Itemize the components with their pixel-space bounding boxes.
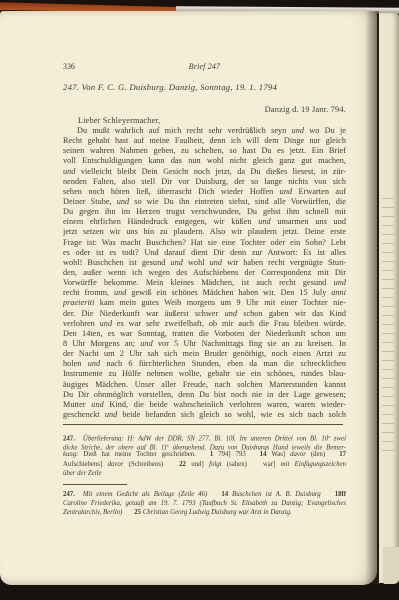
body-line: 25der Nacht um 2 Uhr sah sich mein Brude… bbox=[63, 349, 346, 359]
apparatus-line: dicke Striche, der obere auf Bl. 11r übe… bbox=[63, 441, 346, 450]
body-line: Recht gehabt hast auf meine Faulheit, de… bbox=[63, 136, 346, 146]
body-line: jetzt setzen wir uns hin zu plaudern. Al… bbox=[63, 227, 346, 237]
apparatus-rule bbox=[63, 424, 343, 425]
letter-body: Du mußt wahrlich auf mich recht sehr ver… bbox=[63, 126, 346, 420]
apparatus: 247.Überlieferung: H: AdW der DDR, SN 27… bbox=[63, 432, 346, 478]
body-line: der. Die Niederkunft war äußerst schwer … bbox=[63, 309, 346, 319]
body-line: Du Dir ohnmöglich vorstellen, denn Du bi… bbox=[63, 390, 346, 400]
salutation: Lieber Schleyermacher, bbox=[78, 116, 160, 125]
facing-page-faint-text bbox=[382, 198, 394, 453]
body-line: sehen noch hören ließ, überrascht Dich w… bbox=[63, 187, 346, 197]
apparatus-line: Aufschiebens] davor (Schreibens)22 und] … bbox=[63, 460, 346, 469]
body-line: voll Entschuldigungen kann das nun wohl … bbox=[63, 156, 346, 166]
body-line: 30Mutter und Kind, die beide wahrscheinl… bbox=[63, 400, 346, 410]
body-line: äugiges Mädchen. Unser aller Freude, nac… bbox=[63, 380, 346, 390]
book-photo: 336 Brief 247 247. Von F. C. G. Duisburg… bbox=[0, 0, 399, 600]
page-number: 336 bbox=[63, 61, 75, 72]
apparatus-line: kung: Dieß hat meine Tochter geschrieben… bbox=[63, 450, 346, 459]
book-page: 336 Brief 247 247. Von F. C. G. Duisburg… bbox=[0, 11, 377, 585]
editorial-notes: 247.Mit einem Gedicht als Beilage (Zeile… bbox=[63, 490, 346, 518]
dateline: Danzig d. 19 Janr. 794. bbox=[63, 105, 346, 114]
page-header: 336 Brief 247 bbox=[63, 61, 346, 72]
body-line: Instrumente zu Hülfe nehmen wollte, geba… bbox=[63, 369, 346, 379]
body-line: holen und nach 6 fürchterlichen Stunden,… bbox=[63, 359, 346, 369]
running-title: Brief 247 bbox=[63, 61, 346, 72]
page-corner-edge bbox=[383, 547, 399, 584]
body-line: nenden Falten, also stell Dir vor Duisbu… bbox=[63, 177, 346, 187]
body-line: Den 14ten, es war Sonntag, tratten die V… bbox=[63, 329, 346, 339]
facing-page-edge bbox=[379, 13, 399, 583]
body-line: Frage ist: Was macht Buschchen? Hat sie … bbox=[63, 238, 346, 248]
note-line: 247.Mit einem Gedicht als Beilage (Zeile… bbox=[63, 490, 346, 499]
body-line: 5seinen wahren Nahmen geben, zu schelten… bbox=[63, 146, 346, 156]
body-line: einem ehrlichen Händedruck entgegen, wir… bbox=[63, 217, 346, 227]
note-line: Caroline Friederika, getauft am 19. 7. 1… bbox=[63, 499, 346, 508]
body-line: recht fromm, und gewiß ein schönes Mädch… bbox=[63, 288, 346, 298]
body-line: den, außer wenn ich wegen des Aufschiebe… bbox=[63, 268, 346, 278]
apparatus-line: über der Zeile bbox=[63, 469, 346, 478]
note-line: Zentralarchiv, Berlin)25 Christian Georg… bbox=[63, 508, 346, 517]
body-line: 10Deiner Stube, und so wie Du ihn eintre… bbox=[63, 197, 346, 207]
body-line: verlohren und es war sehr zweifelhaft, o… bbox=[63, 319, 346, 329]
body-line: 8 Uhr Morgens an; und vor 5 Uhr Nachmitt… bbox=[63, 339, 346, 349]
body-line: und vielleicht bleibt Dein Gesicht noch … bbox=[63, 167, 346, 177]
body-line: 20praeteriti kam mein gutes Weib morgens… bbox=[63, 298, 346, 308]
notes-separator-rule bbox=[63, 484, 127, 485]
body-line: Du mußt wahrlich auf mich recht sehr ver… bbox=[63, 126, 346, 136]
gutter-shadow bbox=[365, 11, 379, 585]
letter-heading: 247. Von F. C. G. Duisburg. Danzig, Sonn… bbox=[63, 82, 353, 92]
body-line: wohl! Buschchen ist gesund und wohl und … bbox=[63, 258, 346, 268]
body-line: geschenckt und beide befanden sich gleic… bbox=[63, 410, 346, 420]
body-line: 15es oder ist es todt? Und darauf dient … bbox=[63, 248, 346, 258]
body-line: Du gegen ihn im Herzen trugst verschwund… bbox=[63, 207, 346, 217]
apparatus-line: 247.Überlieferung: H: AdW der DDR, SN 27… bbox=[63, 432, 346, 441]
body-line: Vorwürffe bekomme. Mein kleines Mädchen,… bbox=[63, 278, 346, 288]
